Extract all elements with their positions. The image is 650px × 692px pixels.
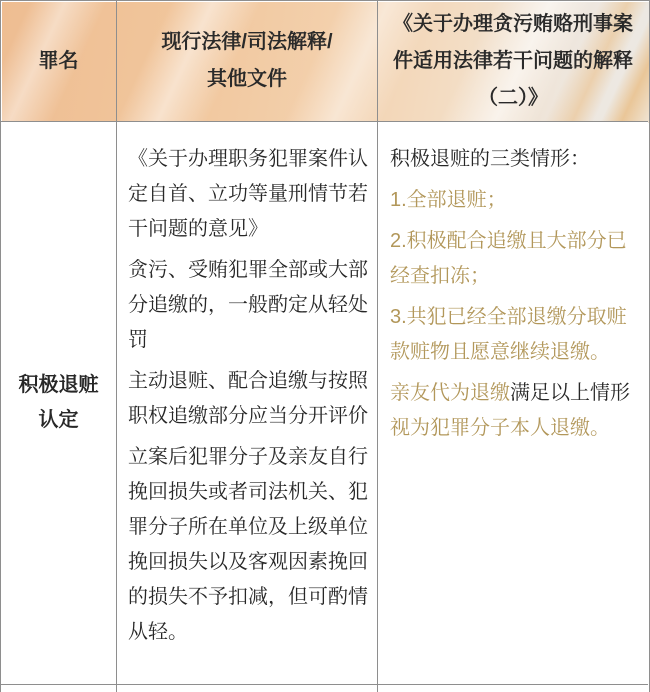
cell-crime-name: 积极退赃 认定 <box>1 122 117 685</box>
header-cell-interpretation-two: 《关于办理贪污贿赂刑事案件适用法律若干问题的解释（二）》 <box>378 1 648 122</box>
law-paragraph: 《关于办理职务犯罪案件认定自首、立功等量刑情节若干问题的意见》 <box>128 142 369 247</box>
law-paragraph: 主动退赃、配合追缴与按照职权追缴部分应当分开评价 <box>128 364 369 434</box>
header-cell-crime-name: 罪名 <box>1 1 117 122</box>
interpretation-note: 亲友代为退缴满足以上情形视为犯罪分子本人退缴。 <box>390 376 640 446</box>
stub-cell-interpretation <box>378 685 648 692</box>
interpretation-intro: 积极退赃的三类情形： <box>390 142 640 177</box>
stub-cell-law <box>117 685 378 692</box>
note-gold-segment-1: 亲友代为退缴 <box>390 382 510 404</box>
comparison-table: 罪名 现行法律/司法解释/ 其他文件 《关于办理贪污贿赂刑事案件适用法律若干问题… <box>0 0 650 692</box>
interpretation-items: 1.全部退赃；2.积极配合追缴且大部分已经查扣冻；3.共犯已经全部退缴分取赃款赃… <box>390 183 640 370</box>
law-paragraph: 立案后犯罪分子及亲友自行挽回损失或者司法机关、犯罪分子所在单位及上级单位挽回损失… <box>128 440 369 650</box>
stub-cell-crime <box>1 685 117 692</box>
cell-interpretation-text: 积极退赃的三类情形： 1.全部退赃；2.积极配合追缴且大部分已经查扣冻；3.共犯… <box>378 122 648 685</box>
interpretation-item: 2.积极配合追缴且大部分已经查扣冻； <box>390 224 640 294</box>
law-paragraph: 贪污、受贿犯罪全部或大部分追缴的，一般酌定从轻处罚 <box>128 253 369 358</box>
legal-comparison-table-page: 罪名 现行法律/司法解释/ 其他文件 《关于办理贪污贿赂刑事案件适用法律若干问题… <box>0 0 650 692</box>
note-dark-segment: 满足以上情形 <box>510 382 630 404</box>
interpretation-item: 3.共犯已经全部退缴分取赃款赃物且愿意继续退缴。 <box>390 300 640 370</box>
interpretation-item: 1.全部退赃； <box>390 183 640 218</box>
cell-current-law-text: 《关于办理职务犯罪案件认定自首、立功等量刑情节若干问题的意见》贪污、受贿犯罪全部… <box>117 122 378 685</box>
header-cell-current-law: 现行法律/司法解释/ 其他文件 <box>117 1 378 122</box>
note-gold-segment-2: 视为犯罪分子本人退缴。 <box>390 417 610 439</box>
